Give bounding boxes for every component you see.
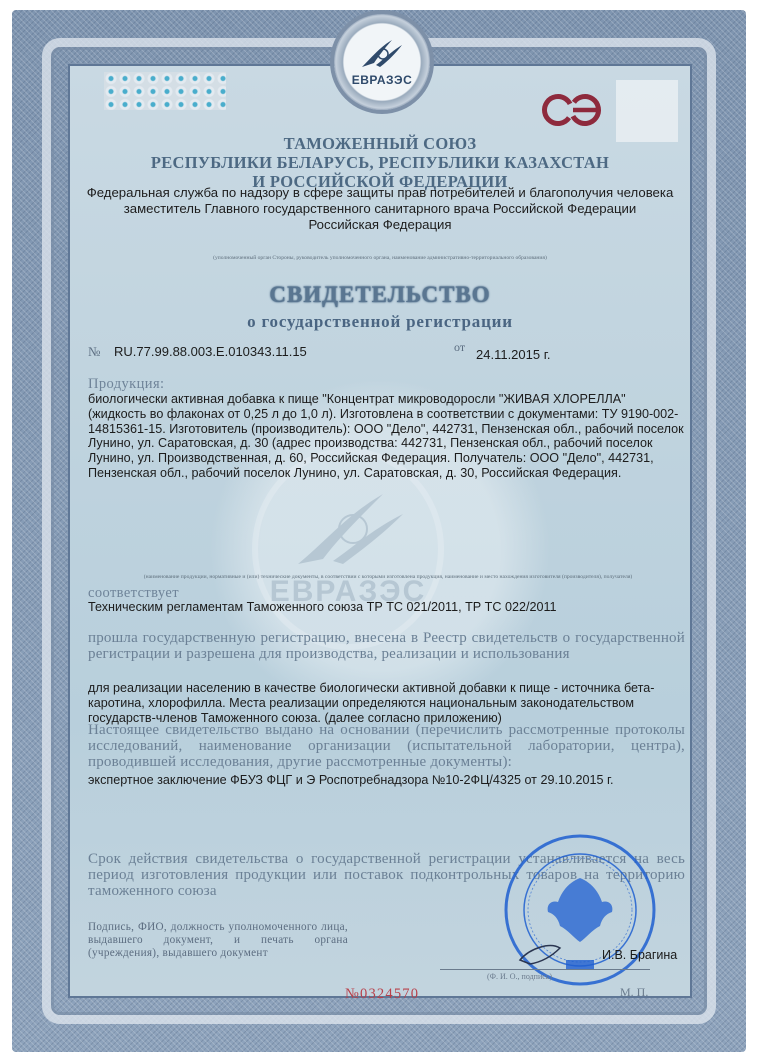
seal-place-caption: М. П. xyxy=(620,985,648,1000)
certificate-date: 24.11.2015 г. xyxy=(476,347,550,362)
basis-documents: экспертное заключение ФБУЗ ФЦГ и Э Роспо… xyxy=(88,773,686,788)
evrazes-logo-icon xyxy=(358,37,406,71)
usage-text: для реализации населению в качестве биол… xyxy=(88,681,686,725)
number-label: № xyxy=(88,344,100,359)
conformity-mark-ce-icon xyxy=(541,93,603,127)
certificate-number: RU.77.99.88.003.E.010343.11.15 xyxy=(114,344,307,359)
certificate-number-row: № RU.77.99.88.003.E.010343.11.15 от 24.1… xyxy=(88,344,688,360)
signature-line xyxy=(440,969,650,970)
fio-caption: (Ф. И. О., подпись) xyxy=(487,972,552,981)
product-label: Продукция: xyxy=(88,376,164,393)
compliance-text: Техническим регламентам Таможенного союз… xyxy=(88,600,686,615)
customs-union-title: ТАМОЖЕННЫЙ СОЮЗ РЕСПУБЛИКИ БЕЛАРУСЬ, РЕС… xyxy=(80,134,680,191)
certificate-subtitle: о государственной регистрации xyxy=(80,312,680,332)
official-stamp-icon xyxy=(500,830,660,990)
hologram-icon xyxy=(104,72,226,110)
registration-statement: прошла государственную регистрацию, внес… xyxy=(88,631,685,663)
evrazes-emblem: ЕВРАЗЭС xyxy=(334,14,430,110)
date-label: от xyxy=(454,340,465,355)
agency-caption: (уполномоченный орган Стороны, руководит… xyxy=(80,255,680,261)
signature-caption: Подпись, ФИО, должность уполномоченного … xyxy=(88,921,348,960)
product-description: биологически активная добавка к пище "Ко… xyxy=(88,392,686,481)
blank-security-patch xyxy=(616,80,678,142)
serial-number: №0324570 xyxy=(345,986,419,1003)
emblem-label: ЕВРАЗЭС xyxy=(352,73,413,87)
certificate-title: СВИДЕТЕЛЬСТВО xyxy=(80,282,680,308)
signer-name: И.В. Брагина xyxy=(602,948,677,962)
basis-statement: Настоящее свидетельство выдано на основа… xyxy=(88,723,685,770)
issuing-agency: Федеральная служба по надзору в сфере за… xyxy=(80,185,680,233)
watermark-logo-icon xyxy=(288,489,408,569)
product-caption: (наименование продукции, нормативные и (… xyxy=(88,574,688,580)
